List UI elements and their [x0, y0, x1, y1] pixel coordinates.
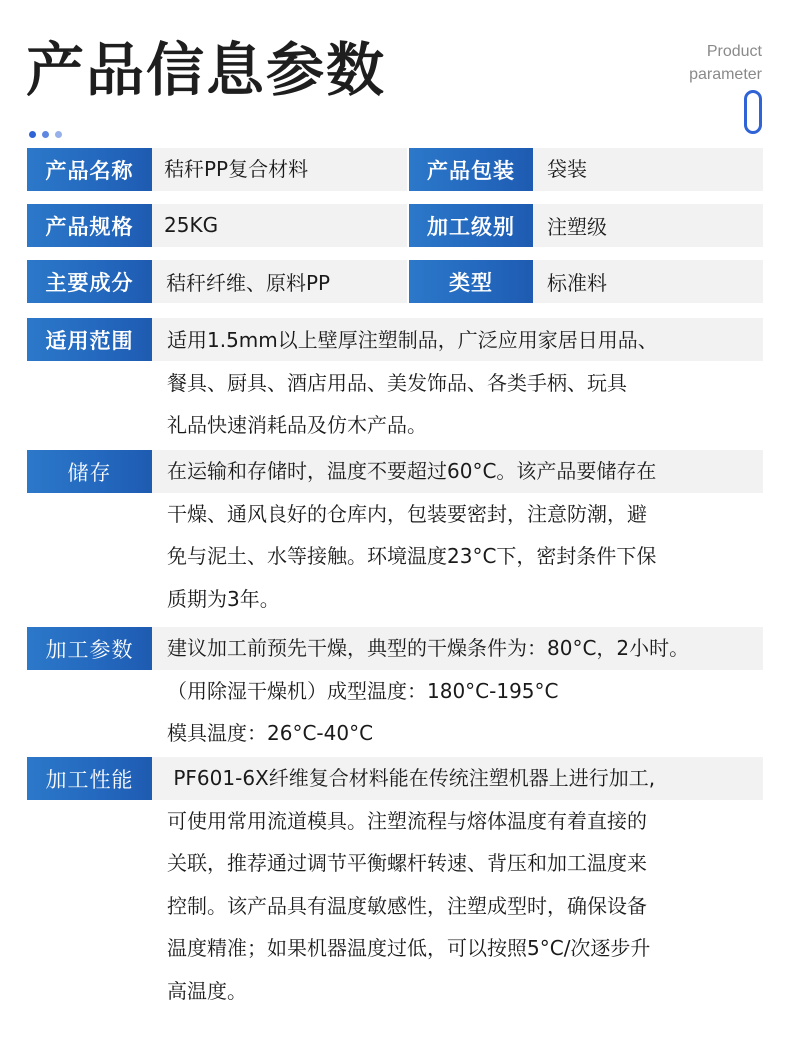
- text-line: 温度精准；如果机器温度过低，可以按照5°C/次逐步升: [167, 927, 655, 970]
- text-processing-parameters: 建议加工前预先干燥，典型的干燥条件为：80°C，2小时。 （用除湿干燥机）成型温…: [167, 627, 689, 755]
- text-line: 可使用常用流道模具。注塑流程与熔体温度有着直接的: [167, 800, 655, 843]
- label-application-scope: 适用范围: [27, 318, 152, 361]
- value-product-spec: 25KG: [164, 204, 218, 247]
- text-line: 关联，推荐通过调节平衡螺杆转速、背压和加工温度来: [167, 842, 655, 885]
- label-product-spec: 产品规格: [27, 204, 152, 247]
- label-processing-performance: 加工性能: [27, 757, 152, 800]
- text-line: PF601-6X纤维复合材料能在传统注塑机器上进行加工,: [167, 757, 655, 800]
- text-storage: 在运输和存储时，温度不要超过60°C。该产品要储存在 干燥、通风良好的仓库内，包…: [167, 450, 656, 620]
- text-line: 模具温度：26°C-40°C: [167, 712, 689, 755]
- text-line: 质期为3年。: [167, 578, 656, 621]
- page-title: 产品信息参数: [26, 34, 386, 106]
- dot-icon: [55, 131, 62, 138]
- value-main-ingredients: 秸秆纤维、原料PP: [166, 262, 330, 305]
- text-application-scope: 适用1.5mm以上壁厚注塑制品，广泛应用家居日用品、 餐具、厨具、酒店用品、美发…: [167, 319, 658, 447]
- label-type: 类型: [409, 260, 533, 303]
- value-processing-grade: 注塑级: [547, 206, 607, 249]
- text-line: （用除湿干燥机）成型温度：180°C-195°C: [167, 670, 689, 713]
- text-processing-performance: PF601-6X纤维复合材料能在传统注塑机器上进行加工, 可使用常用流道模具。注…: [167, 757, 655, 1012]
- english-subtitle: Product parameter: [689, 40, 762, 86]
- dot-icon: [29, 131, 36, 138]
- label-processing-parameters: 加工参数: [27, 627, 152, 670]
- value-product-name: 秸秆PP复合材料: [164, 148, 308, 191]
- text-line: 控制。该产品具有温度敏感性，注塑成型时，确保设备: [167, 885, 655, 928]
- text-line: 干燥、通风良好的仓库内，包装要密封，注意防潮，避: [167, 493, 656, 536]
- label-product-packaging: 产品包装: [409, 148, 533, 191]
- text-line: 高温度。: [167, 970, 655, 1013]
- text-line: 礼品快速消耗品及仿木产品。: [167, 404, 658, 447]
- text-line: 在运输和存储时，温度不要超过60°C。该产品要储存在: [167, 450, 656, 493]
- dots-decoration: [29, 131, 62, 138]
- text-line: 适用1.5mm以上壁厚注塑制品，广泛应用家居日用品、: [167, 319, 658, 362]
- subtitle-line-1: Product: [689, 40, 762, 63]
- text-line: 建议加工前预先干燥，典型的干燥条件为：80°C，2小时。: [167, 627, 689, 670]
- text-line: 免与泥土、水等接触。环境温度23°C下，密封条件下保: [167, 535, 656, 578]
- value-type: 标准料: [547, 262, 607, 305]
- text-line: 餐具、厨具、酒店用品、美发饰品、各类手柄、玩具: [167, 362, 658, 405]
- dot-icon: [42, 131, 49, 138]
- subtitle-line-2: parameter: [689, 63, 762, 86]
- pill-decoration-icon: [744, 90, 762, 134]
- label-product-name: 产品名称: [27, 148, 152, 191]
- label-main-ingredients: 主要成分: [27, 260, 152, 303]
- label-processing-grade: 加工级别: [409, 204, 533, 247]
- label-storage: 储存: [27, 450, 152, 493]
- value-product-packaging: 袋装: [547, 148, 587, 191]
